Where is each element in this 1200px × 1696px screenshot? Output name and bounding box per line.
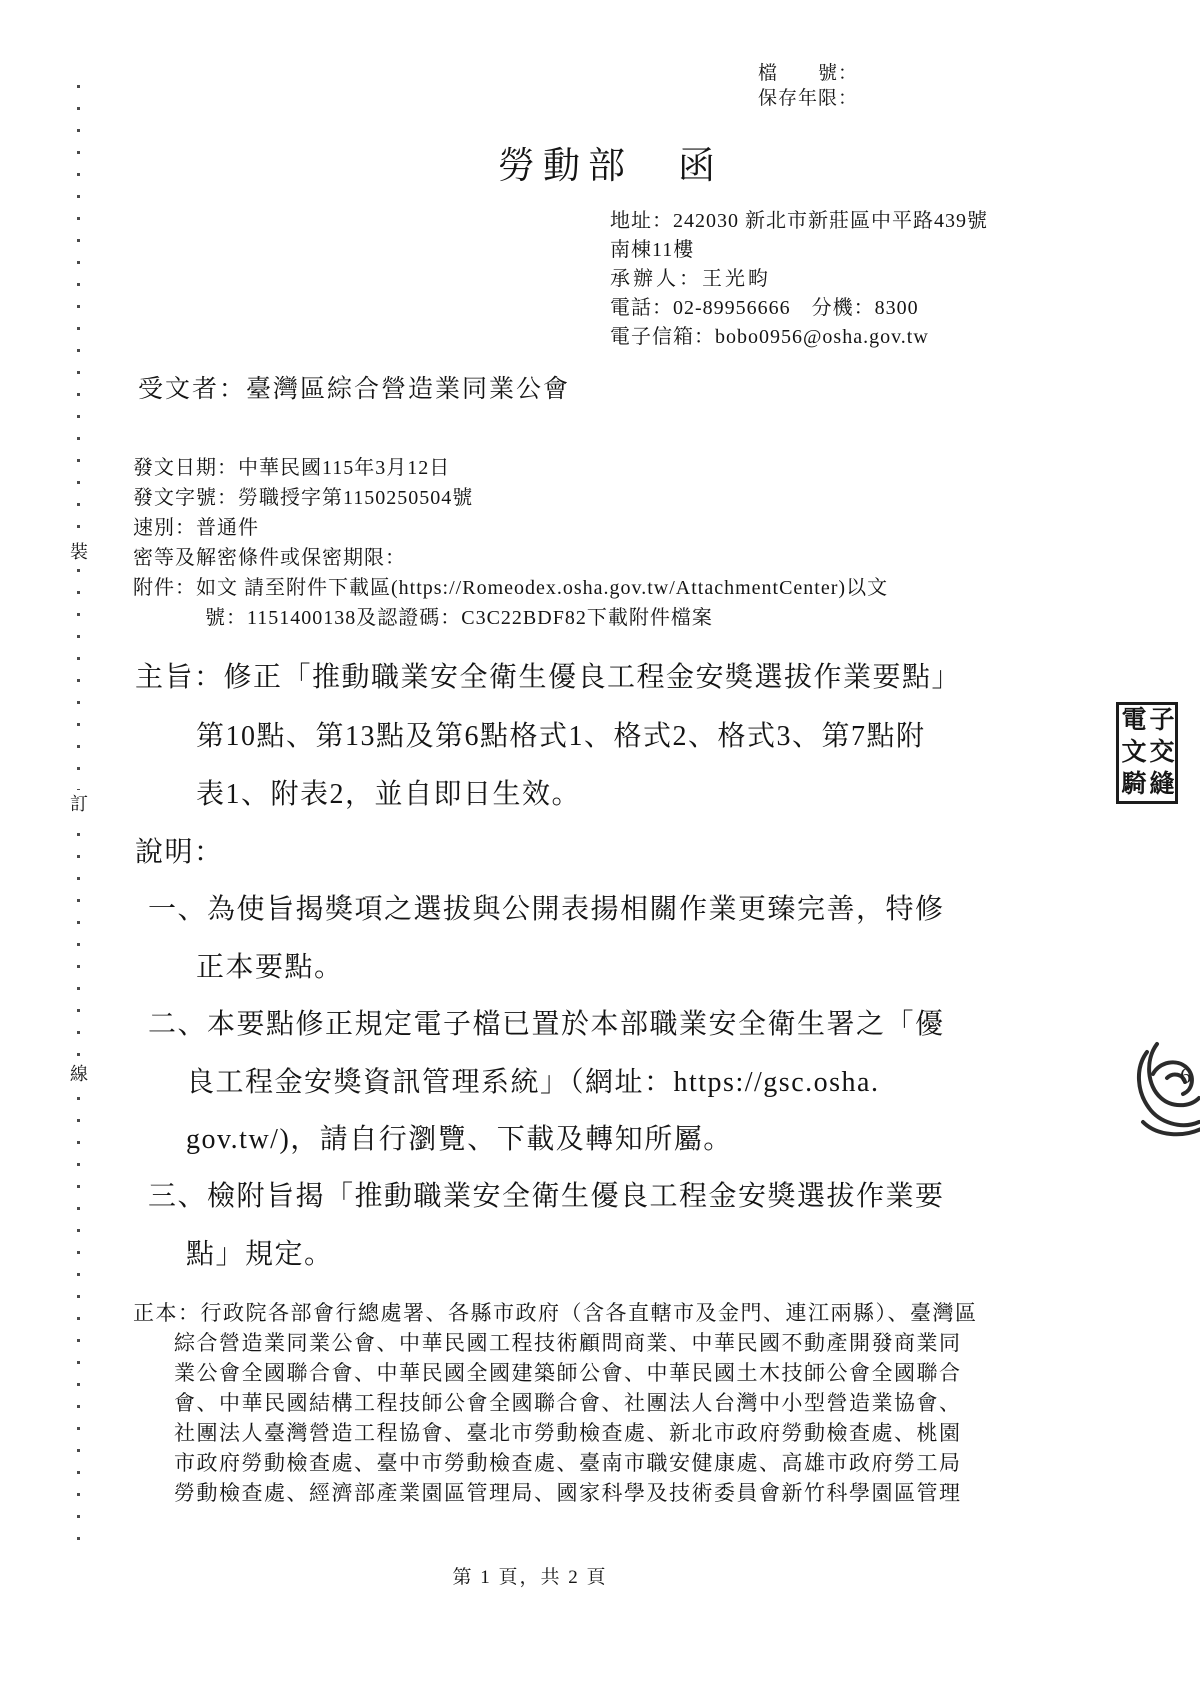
binding-char-ding: 訂 <box>68 790 90 816</box>
seam-char-4: 交 <box>1148 737 1176 769</box>
subject-line1: 主旨：修正「推動職業安全衛生優良工程金安獎選拔作業要點」 <box>135 660 961 695</box>
page-number: 第 1 頁，共 2 頁 <box>380 1566 680 1590</box>
priority-level: 速別：普通件 <box>133 516 259 541</box>
seam-char-5: 騎 <box>1120 769 1148 801</box>
cc-recipients-line6: 市政府勞動檢查處、臺中市勞動檢查處、臺南市職安健康處、高雄市政府勞工局 <box>174 1450 962 1476</box>
seam-stamp-characters: 電 子 文 交 騎 縫 <box>1120 705 1178 801</box>
explanation-item1-line1: 一、為使旨揭獎項之選拔與公開表揚相關作業更臻完善，特修 <box>148 892 945 927</box>
sender-contact-person: 承辦人：王光畇 <box>610 267 771 292</box>
attachment-line2: 號：1151400138及認證碼：C3C22BDF82下載附件檔案 <box>205 606 713 631</box>
cc-recipients-line5: 社團法人臺灣營造工程協會、臺北市勞動檢查處、新北市政府勞動檢查處、桃園 <box>174 1420 962 1446</box>
seal-digit: 6 <box>1180 1062 1191 1090</box>
cc-recipients-line7: 勞動檢查處、經濟部產業園區管理局、國家科學及技術委員會新竹科學園區管理 <box>174 1480 962 1506</box>
explanation-item2-line1: 二、本要點修正規定電子檔已置於本部職業安全衛生署之「優 <box>148 1007 945 1042</box>
cc-recipients-line4: 會、中華民國結構工程技師公會全國聯合會、社團法人台灣中小型營造業協會、 <box>174 1390 962 1416</box>
attachment-line1: 附件：如文 請至附件下載區(https://Romeodex.osha.gov.… <box>133 576 888 601</box>
file-number-label: 檔 號： <box>758 62 858 86</box>
subject-line3: 表1、附表2，並自即日生效。 <box>196 777 581 812</box>
explanation-item2-line2: 良工程金安獎資訊管理系統」（網址：https://gsc.osha. <box>186 1065 879 1100</box>
explanation-item2-line3: gov.tw/)，請自行瀏覽、下載及轉知所屬。 <box>186 1122 733 1157</box>
recipient-line: 受文者：臺灣區綜合營造業同業公會 <box>138 374 570 405</box>
explanation-item3-line1: 三、檢附旨揭「推動職業安全衛生優良工程金安獎選拔作業要 <box>148 1179 945 1214</box>
document-title: 勞動部 函 <box>498 144 723 190</box>
retention-period-label: 保存年限： <box>758 87 858 111</box>
seam-char-1: 電 <box>1120 705 1148 737</box>
electronic-exchange-seam-stamp: 電 子 文 交 騎 縫 <box>1116 702 1178 804</box>
sender-address-line2: 南棟11樓 <box>610 238 694 263</box>
sender-phone: 電話：02-89956666 分機：8300 <box>610 296 919 321</box>
binding-char-zhuang: 裝 <box>68 538 90 564</box>
document-number: 發文字號：勞職授字第1150250504號 <box>133 486 473 511</box>
explanation-item1-line2: 正本要點。 <box>196 950 344 985</box>
issue-date: 發文日期：中華民國115年3月12日 <box>133 456 450 481</box>
cc-recipients-line3: 業公會全國聯合會、中華民國全國建築師公會、中華民國土木技師公會全國聯合 <box>174 1360 962 1386</box>
seam-char-6: 縫 <box>1148 769 1176 801</box>
seam-char-3: 文 <box>1120 737 1148 769</box>
subject-line2: 第10點、第13點及第6點格式1、格式2、格式3、第7點附 <box>196 719 926 754</box>
sender-email: 電子信箱：bobo0956@osha.gov.tw <box>610 325 929 350</box>
cc-recipients-line1: 正本：行政院各部會行總處署、各縣市政府（含各直轄市及金門、連江兩縣）、臺灣區 <box>133 1300 978 1326</box>
cc-recipients-line2: 綜合營造業同業公會、中華民國工程技術顧問商業、中華民國不動產開發商業同 <box>174 1330 962 1356</box>
official-letter-page: 檔 號： 保存年限： 勞動部 函 地址：242030 新北市新莊區中平路439號… <box>0 0 1200 1696</box>
explanation-heading: 說明： <box>135 835 224 870</box>
seam-char-2: 子 <box>1148 705 1176 737</box>
binding-char-xian: 線 <box>68 1060 90 1086</box>
sender-address-line1: 地址：242030 新北市新莊區中平路439號 <box>610 209 988 234</box>
explanation-item3-line2: 點」規定。 <box>186 1237 334 1272</box>
security-classification: 密等及解密條件或保密期限： <box>133 546 406 571</box>
